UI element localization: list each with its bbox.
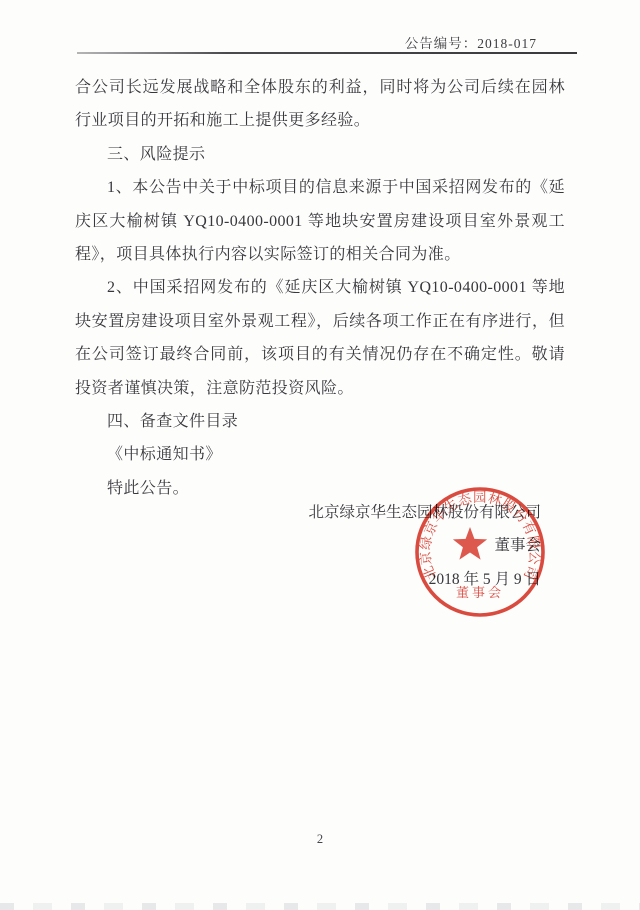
body-paragraph: 三、风险提示 xyxy=(75,138,565,171)
announcement-body: 合公司长远发展战略和全体股东的利益，同时将为公司后续在园林行业项目的开拓和施工上… xyxy=(75,71,565,505)
body-paragraph: 合公司长远发展战略和全体股东的利益，同时将为公司后续在园林行业项目的开拓和施工上… xyxy=(75,71,565,138)
body-paragraph: 1、本公告中关于中标项目的信息来源于中国采招网发布的《延庆区大榆树镇 YQ10-… xyxy=(75,171,565,271)
signature-block: 北京绿京华生态园林股份有限公司 董事会 2018 年 5 月 9 日 xyxy=(308,496,541,596)
announcement-page: 公告编号：2018-017 合公司长远发展战略和全体股东的利益，同时将为公司后续… xyxy=(0,0,640,910)
page-number: 2 xyxy=(0,832,640,847)
signature-signer: 董事会 xyxy=(308,529,541,562)
signature-company: 北京绿京华生态园林股份有限公司 xyxy=(308,496,541,529)
body-paragraph: 《中标通知书》 xyxy=(75,438,565,471)
header-rule xyxy=(77,52,577,54)
body-paragraph: 四、备查文件目录 xyxy=(75,405,565,438)
scan-noise-artifact xyxy=(0,903,640,910)
body-paragraph: 2、中国采招网发布的《延庆区大榆树镇 YQ10-0400-0001 等地块安置房… xyxy=(75,271,565,405)
doc-number: 公告编号：2018-017 xyxy=(405,32,537,52)
signature-date: 2018 年 5 月 9 日 xyxy=(308,563,541,596)
